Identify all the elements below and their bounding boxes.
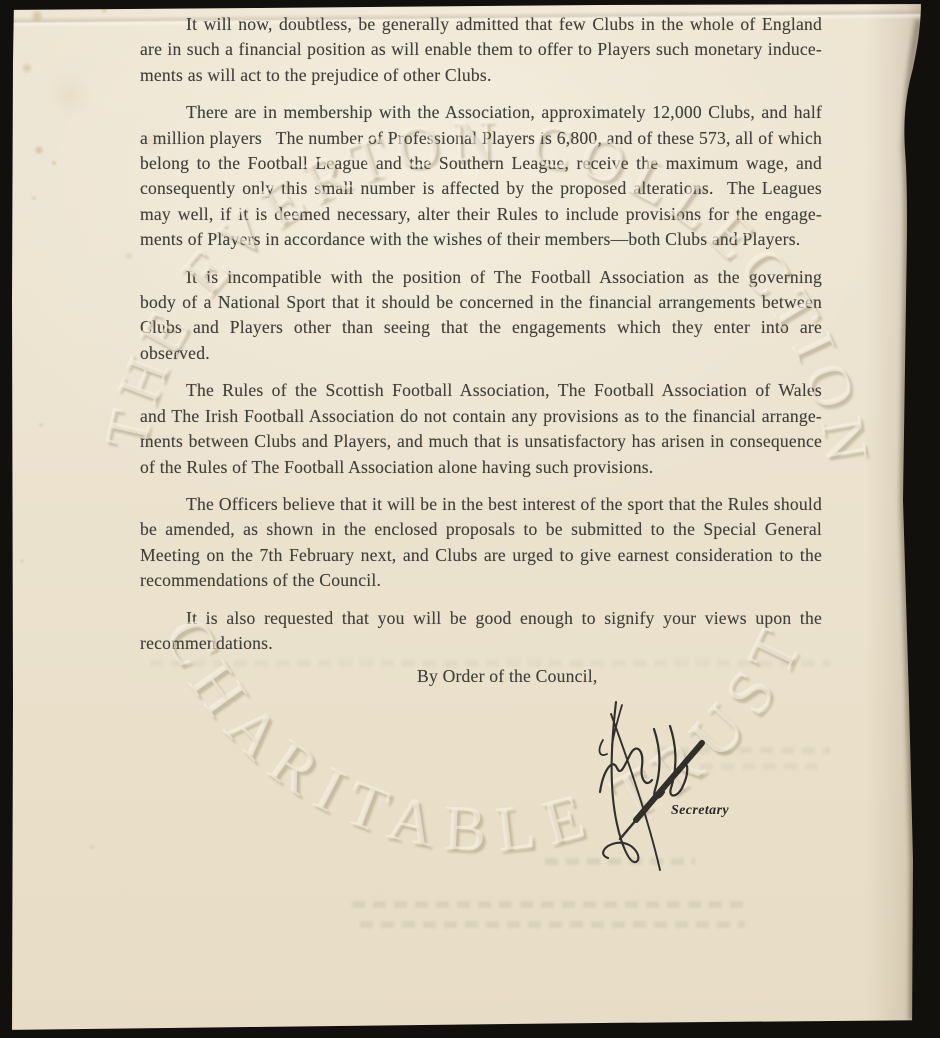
letter-body: It will now, doubtless, be generally adm… bbox=[140, 12, 822, 668]
signature-role-label: Secretary bbox=[671, 803, 729, 819]
letter-line: and The Irish Football Association do no… bbox=[140, 404, 822, 429]
bleed-through-text bbox=[655, 747, 830, 754]
letter-line: body of a National Sport that it should … bbox=[140, 290, 822, 315]
letter-paragraph: There are in membership with the Associa… bbox=[140, 100, 822, 252]
letter-line: recommendations of the Council. bbox=[140, 568, 822, 593]
letter-line: of the Rules of The Football Association… bbox=[140, 455, 822, 480]
bleed-through-text bbox=[352, 901, 750, 908]
letter-line: There are in membership with the Associa… bbox=[140, 100, 822, 125]
closing-line: By Order of the Council, bbox=[417, 666, 597, 687]
letter-line: may well, if it is deemed necessary, alt… bbox=[140, 202, 822, 227]
letter-line: ments of Players in accordance with the … bbox=[140, 227, 822, 252]
letter-line: observed. bbox=[140, 341, 822, 366]
bleed-through-text bbox=[700, 763, 820, 770]
letter-line: Clubs and Players other than seeing that… bbox=[140, 315, 822, 340]
bleed-through-text bbox=[545, 858, 695, 865]
letter-line: a million players The number of Professi… bbox=[140, 126, 822, 151]
letter-paragraph: The Officers believe that it will be in … bbox=[140, 492, 822, 594]
letter-paragraph: It is incompatible with the position of … bbox=[140, 265, 822, 367]
letter-line: The Officers believe that it will be in … bbox=[140, 492, 822, 517]
letter-line: The Rules of the Scottish Football Assoc… bbox=[140, 378, 822, 403]
scanned-document-page: It will now, doubtless, be generally adm… bbox=[0, 0, 940, 1038]
letter-line: It is also requested that you will be go… bbox=[140, 606, 822, 631]
letter-line: Meeting on the 7th February next, and Cl… bbox=[140, 543, 822, 568]
letter-line: ments between Clubs and Players, and muc… bbox=[140, 429, 822, 454]
letter-line: belong to the Football League and the So… bbox=[140, 151, 822, 176]
letter-line: It is incompatible with the position of … bbox=[140, 265, 822, 290]
letter-line: consequently only this small number is a… bbox=[140, 176, 822, 201]
letter-paragraph: It is also requested that you will be go… bbox=[140, 606, 822, 657]
bleed-through-text bbox=[360, 921, 745, 928]
letter-line: It will now, doubtless, be generally adm… bbox=[140, 12, 822, 37]
letter-paragraph: The Rules of the Scottish Football Assoc… bbox=[140, 378, 822, 480]
letter-line: ments as will act to the prejudice of ot… bbox=[140, 63, 822, 88]
letter-line: recommendations. bbox=[140, 631, 822, 656]
letter-line: are in such a financial position as will… bbox=[140, 37, 822, 62]
letter-paragraph: It will now, doubtless, be generally adm… bbox=[140, 12, 822, 88]
letter-line: be amended, as shown in the enclosed pro… bbox=[140, 517, 822, 542]
